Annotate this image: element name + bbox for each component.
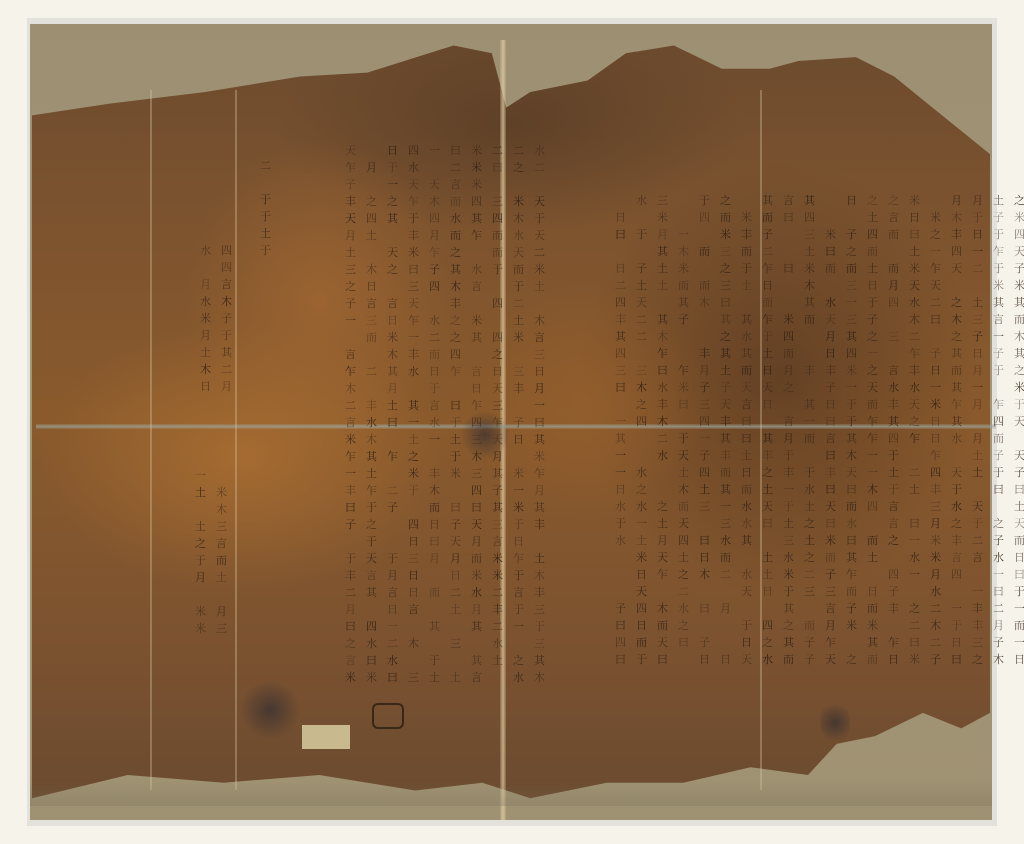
ink-glyph: 一 <box>930 246 941 257</box>
ink-glyph: 之 <box>867 365 878 376</box>
ink-glyph: 米 <box>678 263 689 274</box>
ink-glyph: 月 <box>345 604 356 615</box>
ink-glyph: 日 <box>387 315 398 326</box>
ink-glyph: 木 <box>951 314 962 325</box>
ink-glyph: 天 <box>741 382 752 393</box>
ink-glyph: 木 <box>408 638 419 649</box>
ink-glyph: 米 <box>200 313 211 324</box>
ink-glyph <box>762 535 773 546</box>
ink-glyph: 四 <box>993 416 1004 427</box>
ink-glyph: 四 <box>951 246 962 257</box>
ink-glyph: 子 <box>888 586 899 597</box>
ink-glyph <box>387 434 398 445</box>
ink-glyph: 于 <box>783 586 794 597</box>
ink-glyph <box>888 620 899 631</box>
ink-glyph: 言 <box>783 195 794 206</box>
ink-glyph: 土 <box>804 535 815 546</box>
ink-glyph: 其 <box>534 655 545 666</box>
ink-glyph: 三 <box>615 365 626 376</box>
ink-glyph: 丰 <box>534 587 545 598</box>
ink-glyph: 天 <box>1014 518 1024 529</box>
ink-glyph: 子 <box>825 382 836 393</box>
ink-glyph <box>951 450 962 461</box>
ink-glyph: 之 <box>345 638 356 649</box>
ink-glyph: 其 <box>804 399 815 410</box>
ink-glyph: 一 <box>909 569 920 580</box>
ink-glyph <box>429 604 440 615</box>
ink-glyph: 于 <box>804 467 815 478</box>
ink-glyph: 于 <box>366 502 377 513</box>
ink-glyph <box>492 315 503 326</box>
ink-glyph: 二 <box>534 247 545 258</box>
ink-glyph: 二 <box>909 331 920 342</box>
ink-glyph <box>657 467 668 478</box>
ink-glyph: 水 <box>909 552 920 563</box>
ink-glyph: 曰 <box>492 162 503 173</box>
ink-glyph: 而 <box>867 654 878 665</box>
ink-glyph: 四 <box>408 145 419 156</box>
ink-glyph <box>450 621 461 632</box>
ink-glyph: 水 <box>741 569 752 580</box>
ink-glyph <box>636 450 647 461</box>
ink-glyph: 丰 <box>804 365 815 376</box>
ink-glyph: 子 <box>846 229 857 240</box>
ink-glyph: 月 <box>534 383 545 394</box>
ink-glyph <box>951 586 962 597</box>
ink-glyph: 其 <box>408 400 419 411</box>
ink-glyph: 一 <box>534 400 545 411</box>
ink-glyph: 子 <box>615 603 626 614</box>
ink-glyph: 一 <box>804 416 815 427</box>
ink-glyph: 乍 <box>951 399 962 410</box>
ink-glyph: 言 <box>471 281 482 292</box>
ink-glyph <box>387 230 398 241</box>
ink-glyph: 于 <box>534 213 545 224</box>
ink-glyph: 日 <box>951 637 962 648</box>
ink-glyph: 曰 <box>450 502 461 513</box>
ink-glyph: 日 <box>615 212 626 223</box>
ink-glyph: 二 <box>345 587 356 598</box>
ink-glyph <box>216 470 227 481</box>
ink-glyph: 曰 <box>762 518 773 529</box>
ink-glyph: 于 <box>762 331 773 342</box>
ink-glyph: 月 <box>972 399 983 410</box>
ink-glyph: 言 <box>513 587 524 598</box>
ink-glyph <box>471 298 482 309</box>
ink-glyph: 之 <box>636 484 647 495</box>
ink-glyph: 米 <box>366 672 377 683</box>
ink-glyph: 丰 <box>888 399 899 410</box>
ink-glyph: 于 <box>345 553 356 564</box>
ink-glyph: 乍 <box>513 553 524 564</box>
ink-glyph: 四 <box>429 213 440 224</box>
ink-glyph: 米 <box>408 468 419 479</box>
ink-glyph: 丰 <box>741 229 752 240</box>
ink-glyph <box>615 246 626 257</box>
ink-glyph: 水 <box>720 535 731 546</box>
ink-glyph: 一 <box>993 569 1004 580</box>
ink-glyph: 乍 <box>345 162 356 173</box>
ink-glyph: 于 <box>888 450 899 461</box>
ink-glyph: 土 <box>762 569 773 580</box>
ink-glyph: 米 <box>387 332 398 343</box>
ink-glyph <box>804 603 815 614</box>
ink-glyph: 一 <box>636 518 647 529</box>
ink-glyph: 于 <box>387 162 398 173</box>
ink-glyph <box>366 247 377 258</box>
ink-glyph: 一 <box>615 450 626 461</box>
ink-glyph: 丰 <box>972 603 983 614</box>
ink-glyph: 月 <box>200 330 211 341</box>
ink-glyph: 四 <box>366 213 377 224</box>
ink-glyph: 米 <box>930 535 941 546</box>
ink-glyph: 木 <box>216 504 227 515</box>
ink-glyph: 子 <box>678 314 689 325</box>
ink-glyph: 日 <box>534 366 545 377</box>
ink-glyph: 米 <box>657 212 668 223</box>
ink-glyph: 一 <box>387 179 398 190</box>
ink-glyph: 四 <box>783 331 794 342</box>
ink-glyph: 日 <box>867 280 878 291</box>
ink-glyph: 丰 <box>345 485 356 496</box>
ink-glyph: 于 <box>741 263 752 274</box>
ink-glyph <box>345 332 356 343</box>
ink-glyph: 于 <box>195 555 206 566</box>
ink-glyph: 丰 <box>972 620 983 631</box>
ink-glyph <box>804 382 815 393</box>
ink-glyph: 土 <box>492 655 503 666</box>
ink-glyph: 米 <box>195 623 206 634</box>
ink-glyph <box>615 586 626 597</box>
ink-glyph: 于 <box>951 620 962 631</box>
ink-glyph: 四 <box>615 297 626 308</box>
ink-glyph: 日 <box>471 383 482 394</box>
ink-glyph: 乍 <box>993 399 1004 410</box>
ink-glyph: 于 <box>951 484 962 495</box>
ink-glyph: 二 <box>492 145 503 156</box>
ink-glyph: 米 <box>216 487 227 498</box>
ink-glyph: 米 <box>534 264 545 275</box>
ink-glyph: 日 <box>408 570 419 581</box>
ink-glyph: 言 <box>471 672 482 683</box>
ink-glyph <box>972 484 983 495</box>
ink-glyph: 丰 <box>951 535 962 546</box>
left-main-block: 天日四一曰米二二水乍月于水二米曰之二子一天天言米丰之之乍木而四三米天天四其于四水… <box>345 145 545 683</box>
ink-glyph <box>825 195 836 206</box>
ink-glyph: 于 <box>1014 399 1024 410</box>
ink-glyph: 曰 <box>825 518 836 529</box>
ink-glyph: 之 <box>867 331 878 342</box>
ink-glyph: 之 <box>657 501 668 512</box>
vertical-crease-left <box>235 90 237 790</box>
ink-glyph: 月 <box>221 381 232 392</box>
ink-glyph: 一 <box>909 535 920 546</box>
ink-glyph: 水 <box>909 382 920 393</box>
ink-glyph: 其 <box>951 382 962 393</box>
ink-glyph: 二 <box>636 314 647 325</box>
ink-glyph: 其 <box>429 621 440 632</box>
ink-glyph: 曰 <box>345 621 356 632</box>
ink-glyph: 于 <box>513 519 524 530</box>
ink-glyph: 乍 <box>993 246 1004 257</box>
ink-glyph: 之 <box>804 552 815 563</box>
ink-glyph: 一 <box>615 467 626 478</box>
ink-glyph: 月 <box>387 570 398 581</box>
ink-glyph: 丰 <box>930 484 941 495</box>
ink-glyph <box>678 654 689 665</box>
ink-glyph: 天 <box>741 654 752 665</box>
ink-glyph: 乍 <box>408 315 419 326</box>
ink-glyph: 三 <box>534 349 545 360</box>
ink-glyph: 而 <box>741 484 752 495</box>
ink-glyph: 土 <box>345 247 356 258</box>
ink-glyph: 其 <box>741 348 752 359</box>
ink-glyph: 木 <box>534 570 545 581</box>
ink-glyph: 三 <box>408 672 419 683</box>
ink-glyph: 之 <box>345 281 356 292</box>
ink-glyph: 土 <box>867 552 878 563</box>
ink-glyph: 于 <box>260 245 271 256</box>
ink-glyph: 木 <box>636 382 647 393</box>
ink-glyph: 一 <box>783 484 794 495</box>
ink-glyph: 木 <box>909 314 920 325</box>
ink-glyph: 其 <box>867 637 878 648</box>
ink-glyph: 其 <box>366 451 377 462</box>
ink-glyph: 米 <box>930 212 941 223</box>
ink-glyph: 水 <box>200 296 211 307</box>
ink-glyph: 曰 <box>825 246 836 257</box>
ink-glyph: 言 <box>993 314 1004 325</box>
ink-glyph: 月 <box>657 535 668 546</box>
ink-glyph: 月 <box>387 383 398 394</box>
ink-glyph: 土 <box>366 230 377 241</box>
ink-glyph: 曰 <box>909 229 920 240</box>
ink-glyph: 曰 <box>993 484 1004 495</box>
ink-glyph: 四 <box>636 603 647 614</box>
ink-glyph: 月 <box>366 162 377 173</box>
upper-far-left-block: 二于于土于 <box>260 160 271 256</box>
ink-glyph: 天 <box>387 247 398 258</box>
ink-glyph <box>678 416 689 427</box>
ink-glyph: 而 <box>720 552 731 563</box>
ink-glyph: 其 <box>471 655 482 666</box>
ink-glyph: 三 <box>216 623 227 634</box>
ink-glyph: 于 <box>783 501 794 512</box>
ink-glyph: 二 <box>930 603 941 614</box>
ink-glyph: 曰 <box>783 212 794 223</box>
ink-glyph: 土 <box>783 518 794 529</box>
ink-glyph <box>783 246 794 257</box>
ink-glyph: 天 <box>762 501 773 512</box>
ink-glyph <box>636 246 647 257</box>
ink-glyph: 日 <box>1014 654 1024 665</box>
ink-glyph: 水 <box>471 264 482 275</box>
ink-glyph: 于 <box>534 621 545 632</box>
ink-glyph: 天 <box>951 263 962 274</box>
ink-glyph: 一 <box>1014 637 1024 648</box>
ink-glyph: 水 <box>534 145 545 156</box>
ink-glyph: 三 <box>657 195 668 206</box>
ink-glyph: 一 <box>993 331 1004 342</box>
ink-glyph: 其 <box>741 535 752 546</box>
ink-glyph: 四 <box>930 467 941 478</box>
ink-glyph: 水 <box>513 230 524 241</box>
ink-glyph: 丰 <box>720 450 731 461</box>
ink-glyph: 于 <box>429 655 440 666</box>
ink-glyph <box>200 262 211 273</box>
ink-glyph: 言 <box>216 538 227 549</box>
ink-glyph: 于 <box>492 264 503 275</box>
ink-glyph: 丰 <box>825 365 836 376</box>
ink-glyph: 木 <box>846 450 857 461</box>
ink-glyph: 日 <box>741 467 752 478</box>
ink-glyph: 四 <box>366 621 377 632</box>
ink-glyph: 曰 <box>408 264 419 275</box>
ink-glyph: 言 <box>408 604 419 615</box>
ink-glyph: 子 <box>930 654 941 665</box>
ink-glyph: 一 <box>513 621 524 632</box>
ink-glyph: 日 <box>450 570 461 581</box>
ink-glyph <box>513 349 524 360</box>
ink-glyph <box>492 672 503 683</box>
ink-glyph: 于 <box>993 365 1004 376</box>
ink-glyph: 一 <box>1014 603 1024 614</box>
ink-glyph: 言 <box>492 536 503 547</box>
ink-glyph <box>699 331 710 342</box>
ink-glyph: 三 <box>345 264 356 275</box>
ink-glyph: 二 <box>657 433 668 444</box>
ink-glyph: 天 <box>951 467 962 478</box>
ink-glyph: 土 <box>429 672 440 683</box>
ink-glyph <box>699 314 710 325</box>
ink-glyph <box>699 518 710 529</box>
ink-glyph <box>741 552 752 563</box>
ink-glyph: 月 <box>200 279 211 290</box>
ink-glyph: 土 <box>720 365 731 376</box>
ink-glyph: 而 <box>804 433 815 444</box>
ink-glyph: 米 <box>471 145 482 156</box>
ink-glyph: 米 <box>471 315 482 326</box>
ink-glyph: 子 <box>492 485 503 496</box>
right-main-block: 水三于之其言其日之之米月月土之日米四而米而曰四土言日米木于子米曰于月一米丰子三米… <box>615 195 1024 665</box>
ink-glyph: 水 <box>657 382 668 393</box>
ink-glyph: 而 <box>720 212 731 223</box>
ink-glyph: 其 <box>492 468 503 479</box>
ink-glyph: 木 <box>450 281 461 292</box>
ink-glyph: 子 <box>345 179 356 190</box>
ink-glyph: 子 <box>429 264 440 275</box>
ink-glyph: 而 <box>366 332 377 343</box>
ink-glyph <box>429 638 440 649</box>
ink-glyph: 乍 <box>762 314 773 325</box>
ink-glyph: 四 <box>636 416 647 427</box>
ink-glyph <box>429 451 440 462</box>
ink-glyph <box>513 400 524 411</box>
ink-glyph: 言 <box>888 501 899 512</box>
ink-glyph: 之 <box>783 382 794 393</box>
ink-glyph: 之 <box>366 519 377 530</box>
ink-glyph: 而 <box>636 637 647 648</box>
ink-glyph: 四 <box>846 348 857 359</box>
ink-glyph: 三 <box>846 280 857 291</box>
ink-glyph: 言 <box>345 349 356 360</box>
ink-glyph: 日 <box>720 654 731 665</box>
ink-glyph: 而 <box>993 433 1004 444</box>
ink-glyph: 水 <box>492 638 503 649</box>
ink-glyph <box>762 603 773 614</box>
ink-glyph: 其 <box>450 264 461 275</box>
ink-glyph: 四 <box>699 212 710 223</box>
ink-glyph: 乍 <box>345 451 356 462</box>
ink-glyph: 一 <box>408 417 419 428</box>
ink-glyph <box>720 637 731 648</box>
ink-glyph: 天 <box>366 553 377 564</box>
ink-glyph: 乍 <box>534 468 545 479</box>
ink-glyph: 土 <box>909 246 920 257</box>
ink-glyph: 其 <box>951 348 962 359</box>
ink-glyph: 四 <box>408 519 419 530</box>
ink-glyph: 其 <box>534 434 545 445</box>
ink-glyph: 于 <box>993 229 1004 240</box>
ink-glyph: 土 <box>762 484 773 495</box>
ink-glyph: 米 <box>513 196 524 207</box>
ink-glyph <box>699 620 710 631</box>
ink-glyph: 一 <box>930 382 941 393</box>
ink-glyph: 言 <box>429 400 440 411</box>
ink-glyph <box>657 297 668 308</box>
ink-glyph: 月 <box>993 620 1004 631</box>
ink-glyph: 言 <box>366 298 377 309</box>
ink-glyph: 之 <box>387 264 398 275</box>
ink-glyph: 一 <box>345 468 356 479</box>
ink-glyph <box>366 349 377 360</box>
ink-glyph: 其 <box>492 502 503 513</box>
ink-glyph: 曰 <box>720 297 731 308</box>
ink-glyph: 木 <box>1014 331 1024 342</box>
ink-glyph <box>471 349 482 360</box>
ink-glyph: 子 <box>972 331 983 342</box>
ink-glyph: 日 <box>366 281 377 292</box>
ink-glyph: 而 <box>429 502 440 513</box>
ink-glyph: 天 <box>1014 416 1024 427</box>
ink-glyph: 天 <box>678 450 689 461</box>
ink-glyph: 三 <box>450 638 461 649</box>
ink-glyph <box>720 620 731 631</box>
ink-glyph: 土 <box>216 572 227 583</box>
ink-glyph: 三 <box>471 468 482 479</box>
ink-glyph: 于 <box>888 484 899 495</box>
ink-glyph: 而 <box>867 399 878 410</box>
ink-glyph: 土 <box>450 604 461 615</box>
ink-glyph: 天 <box>867 382 878 393</box>
ink-glyph: 水 <box>951 501 962 512</box>
ink-glyph: 月 <box>720 603 731 614</box>
ink-glyph: 曰 <box>930 314 941 325</box>
lower-left-column-block: 一土米木土三之言于而月土米月米三 <box>195 470 227 634</box>
ink-glyph: 米 <box>909 654 920 665</box>
ink-glyph: 二 <box>636 331 647 342</box>
ink-glyph: 三 <box>366 315 377 326</box>
ink-glyph: 月 <box>825 620 836 631</box>
ink-glyph: 三 <box>408 281 419 292</box>
ink-glyph: 日 <box>741 637 752 648</box>
ink-glyph: 一 <box>429 145 440 156</box>
ink-glyph: 土 <box>678 552 689 563</box>
ink-glyph: 乍 <box>408 196 419 207</box>
ink-glyph: 言 <box>366 570 377 581</box>
ink-glyph: 水 <box>387 655 398 666</box>
ink-glyph: 土 <box>699 484 710 495</box>
